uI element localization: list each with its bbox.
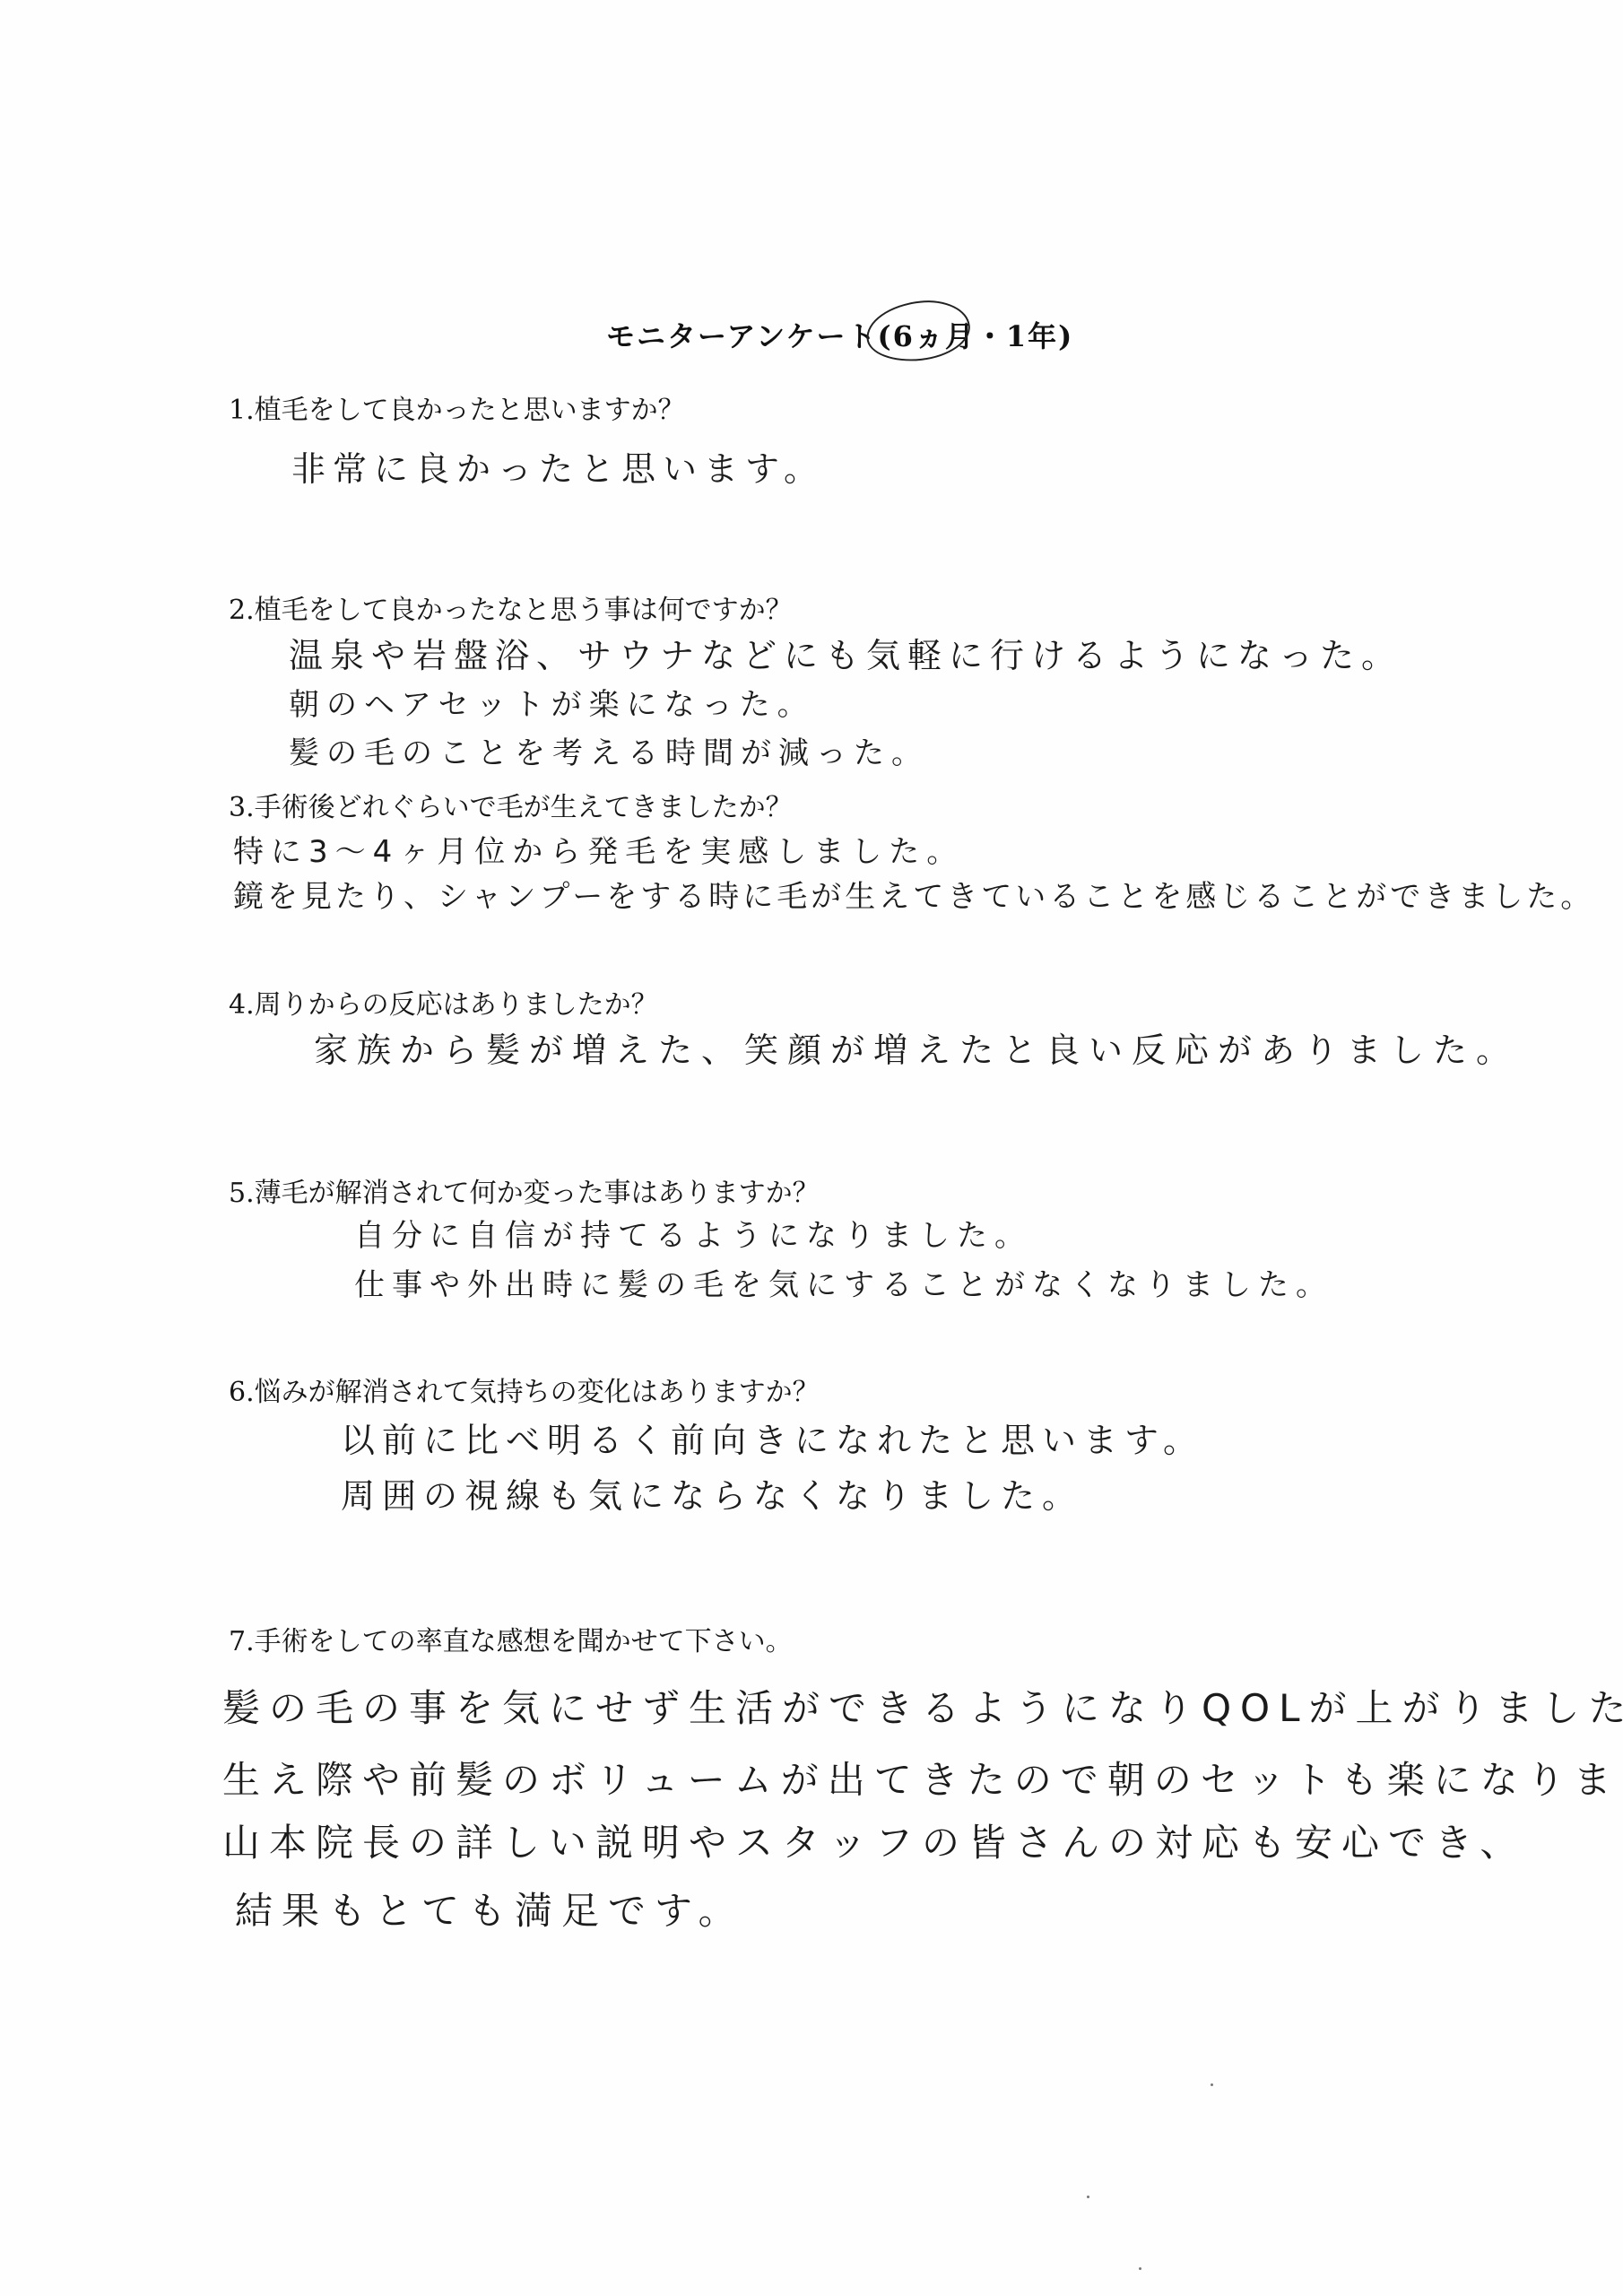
answer-6-line-1: 以前に比べ明るく前向きになれたと思います。 (341, 1413, 1204, 1462)
question-5: 5.薄毛が解消されて何か変った事はありますか？ (229, 1170, 820, 1210)
answer-7-line-3: 山本院長の詳しい説明やスタッフの皆さんの対応も安心でき、 (222, 1813, 1526, 1867)
answer-3-line-1: 特に3〜4ヶ月位から発毛を実感しました。 (233, 827, 964, 871)
title-suffix: ・1年) (976, 319, 1073, 353)
answer-5-line-1: 自分に自信が持てるようになりました。 (354, 1211, 1032, 1255)
document-title: モニターアンケート(6ヵ月・1年) (606, 314, 1073, 355)
question-6: 6.悩みが解消されて気持ちの変化はありますか？ (229, 1370, 820, 1409)
question-4: 4.周りからの反応はありましたか？ (229, 982, 658, 1022)
answer-4-line-1: 家族から髪が増えた、笑顔が増えたと良い反応がありました。 (314, 1022, 1519, 1072)
question-2: 2.植毛をして良かったなと思う事は何ですか？ (229, 587, 793, 627)
circled-period-6-months: (6ヵ月 (877, 314, 975, 355)
answer-6-line-2: 周囲の視線も気にならなくなりました。 (341, 1468, 1083, 1518)
question-7: 7.手術をしての率直な感想を聞かせて下さい。 (229, 1619, 793, 1658)
answer-1-line-1: 非常に良かったと思います。 (291, 441, 825, 491)
answer-3-line-2: 鏡を見たり、シャンプーをする時に毛が生えてきていることを感じることができました。 (233, 872, 1594, 916)
answer-5-line-2: 仕事や外出時に髪の毛を気にすることがなくなりました。 (354, 1260, 1333, 1304)
answer-2-line-2: 朝のヘアセットが楽になった。 (289, 680, 815, 724)
question-3: 3.手術後どれぐらいで毛が生えてきましたか？ (229, 785, 793, 824)
answer-2-line-3: 髪の毛のことを考える時間が減った。 (289, 728, 929, 772)
title-prefix: モニターアンケート (606, 319, 877, 353)
answer-7-line-2: 生え際や前髪のボリュームが出てきたので朝のセットも楽になりました。 (222, 1751, 1623, 1805)
scan-speck (1087, 2196, 1089, 2198)
question-1: 1.植毛をして良かったと思いますか？ (229, 387, 685, 427)
answer-7-line-4: 結果もとても満足です。 (235, 1882, 745, 1935)
scan-speck (1211, 2083, 1213, 2086)
scanned-questionnaire-page: モニターアンケート(6ヵ月・1年) 1.植毛をして良かったと思いますか？ 非常に… (0, 0, 1623, 2296)
answer-2-line-1: 温泉や岩盤浴、サウナなどにも気軽に行けるようになった。 (289, 628, 1402, 677)
scan-speck (1139, 2267, 1141, 2270)
answer-7-line-1: 髪の毛の事を気にせず生活ができるようになりQOLが上がりました。 (222, 1679, 1623, 1733)
